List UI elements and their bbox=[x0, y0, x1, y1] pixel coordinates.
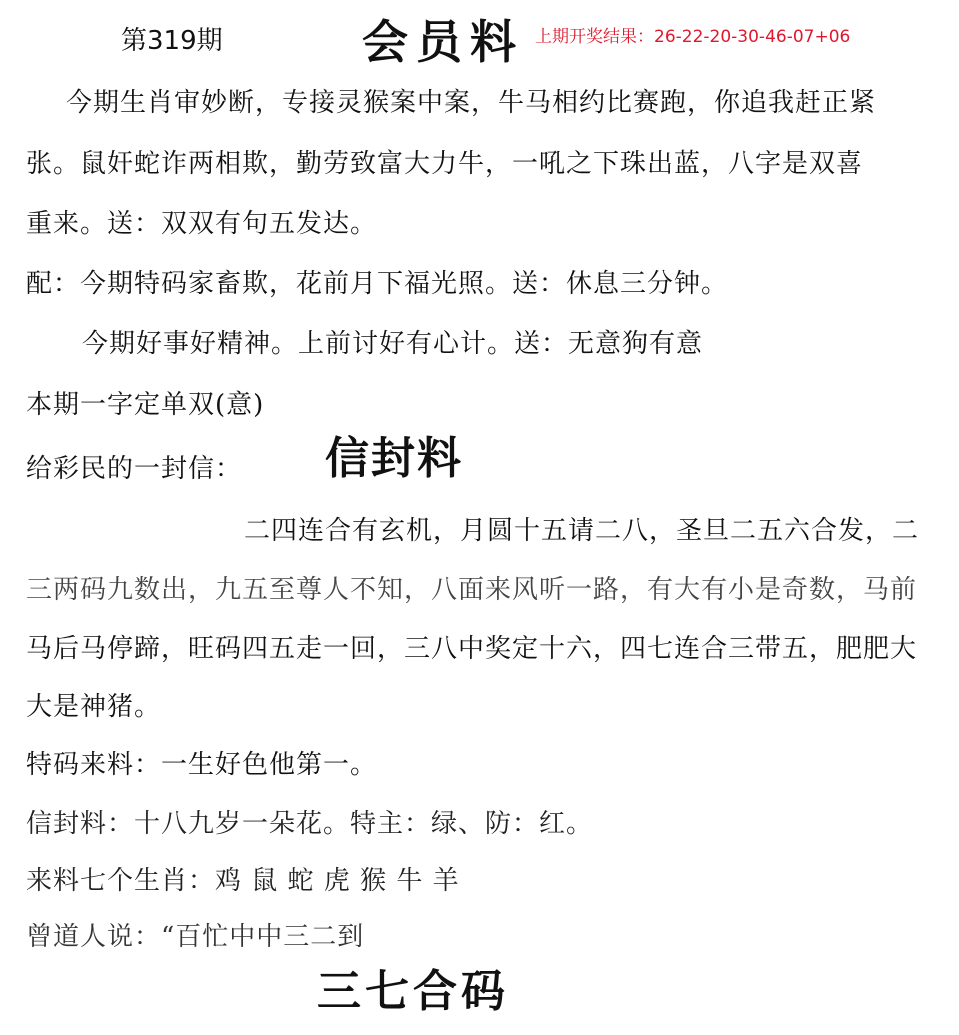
quote-line: 曾道人说：“百忙中中三二到 bbox=[26, 916, 364, 953]
member-line-4: 配：今期特码家畜欺，花前月下福光照。送：休息三分钟。 bbox=[26, 263, 728, 300]
zodiac-line: 来料七个生肖：鸡 鼠 蛇 虎 猴 牛 羊 bbox=[26, 860, 460, 897]
member-line-5: 今期好事好精神。上前讨好有心计。送：无意狗有意 bbox=[82, 323, 703, 360]
envelope-line: 信封料：十八九岁一朵花。特主：绿、防：红。 bbox=[26, 803, 593, 840]
letter-line-3: 马后马停蹄，旺码四五走一回，三八中奖定十六，四七连合三带五，肥肥大 bbox=[26, 628, 917, 665]
last-result-numbers: 26-22-20-30-46-07+06 bbox=[654, 27, 850, 47]
issue-number: 第319期 bbox=[121, 20, 223, 57]
footer-title: 三七合码 bbox=[317, 955, 509, 1019]
last-result: 上期开奖结果：26-22-20-30-46-07+06 bbox=[535, 22, 850, 47]
letter-line-4: 大是神猪。 bbox=[26, 686, 161, 723]
letter-line-2: 三两码九数出，九五至尊人不知，八面来风听一路，有大有小是奇数，马前 bbox=[26, 569, 917, 606]
letter-label: 给彩民的一封信： bbox=[26, 448, 242, 485]
special-code-line: 特码来料：一生好色他第一。 bbox=[26, 744, 377, 781]
last-result-label: 上期开奖结果： bbox=[535, 27, 654, 47]
member-line-2: 张。鼠奸蛇诈两相欺，勤劳致富大力牛，一吼之下珠出蓝，八字是双喜 bbox=[26, 143, 863, 180]
page-title: 会员料 bbox=[362, 6, 524, 72]
member-line-3: 重来。送：双双有句五发达。 bbox=[26, 203, 377, 240]
member-line-1: 今期生肖审妙断，专接灵猴案中案，牛马相约比赛跑，你追我赶正紧 bbox=[66, 82, 876, 119]
letter-line-1: 二四连合有玄机，月圆十五请二八，圣旦二五六合发，二 bbox=[244, 510, 919, 547]
member-line-6: 本期一字定单双(意) bbox=[26, 384, 264, 421]
letter-title: 信封料 bbox=[325, 422, 463, 486]
